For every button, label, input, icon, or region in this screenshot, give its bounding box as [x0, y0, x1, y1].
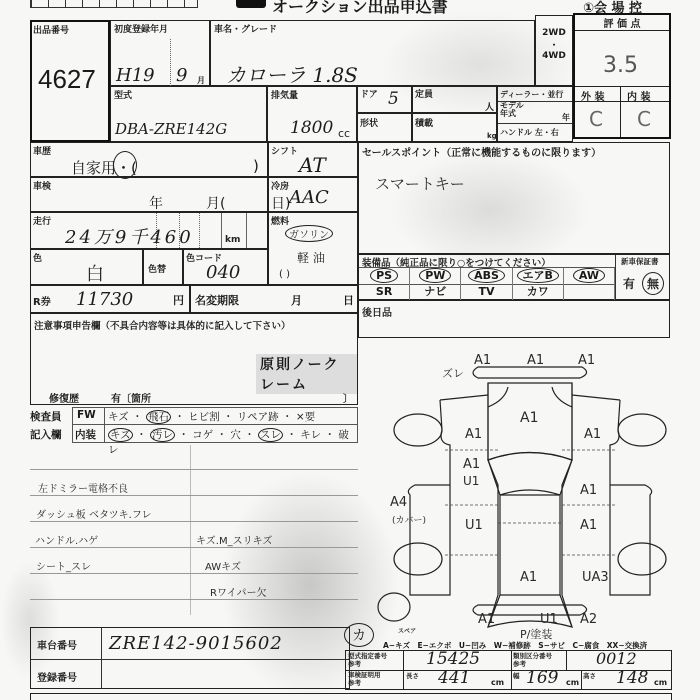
name-change-box: 名変期限 月 日 [190, 285, 358, 313]
header-title: オークション出品申込書 [272, 0, 448, 17]
repair-value: 有〔箇所 [111, 390, 151, 405]
load-box: 積載 kg [412, 113, 497, 142]
warranty-no[interactable]: 無 [642, 272, 664, 295]
handle-label: ハンドル 左・右 [500, 127, 559, 138]
equipment-item-pw[interactable]: PW [410, 268, 461, 284]
spare-label: スペア [398, 626, 416, 635]
first-reg-label: 初度登録年月 [114, 22, 168, 35]
recycle-box: R券 11730 円 [30, 285, 190, 313]
warranty-yes: 有 [623, 275, 635, 292]
equipment-item-ナビ[interactable]: ナビ [410, 284, 461, 300]
score-box: 評 価 点 3.5 外 装 内 装 C C [573, 13, 671, 139]
ac-value: AAC [289, 187, 329, 208]
first-reg-month-unit: 月 [197, 75, 205, 86]
color-change-label: 色替 [148, 262, 166, 275]
no-claim-stamp: 原則ノークレーム [256, 354, 357, 394]
sales-points-label: セールスポイント（正常に機能するものに限ります） [362, 144, 601, 159]
inspector-item[interactable]: リペア跡 [237, 411, 279, 423]
remark-left-1: 左ドミラー電格不良 [38, 480, 128, 495]
exterior-grade: C [589, 107, 603, 131]
doors-value: 5 [388, 89, 399, 109]
inspector-item[interactable]: キレ [300, 429, 321, 441]
drive-2wd: 2WD [536, 28, 572, 38]
load-unit: kg [487, 132, 497, 140]
displacement-box: 排気量 1800 cc [267, 86, 357, 142]
aftermarket-box: 後日品 [358, 300, 670, 338]
lot-box: 出品番号 4627 [30, 20, 110, 142]
shift-value: AT [299, 153, 326, 177]
equipment-row-2: SRナビTVカワ [359, 284, 615, 300]
bottom-box [30, 693, 672, 700]
first-reg-year: H19 [116, 65, 155, 86]
car-name-label: 車名・グレード [214, 22, 277, 35]
equipment-item-カワ[interactable]: カワ [513, 284, 564, 300]
doors-box: ドア 5 [357, 86, 412, 113]
mileage-box: 走行 24万9千460 km [30, 212, 268, 249]
capacity-unit: 人 [485, 100, 494, 113]
history-box: 車歴 自家用・( ) [30, 142, 268, 177]
history-label: 車歴 [33, 144, 51, 157]
drive-box: 2WD ・ 4WD [535, 15, 573, 86]
remark-right-3: Rワイパー欠 [210, 584, 266, 599]
history-circle [113, 151, 137, 179]
notes-label: 注意事項申告欄（不具合内容等は具体的に記入して下さい） [34, 318, 291, 332]
sales-points-value: スマートキー [375, 173, 465, 194]
remarks-area: 左ドミラー電格不良 ダッシュ板 ベタツキ.フレ ハンドル.ハゲ シート_スレ キ… [30, 445, 358, 615]
warranty-label: 新車保証書 [621, 256, 659, 267]
fuel-value: ガソリン [285, 225, 333, 242]
remark-left-2: ダッシュ板 ベタツキ.フレ [36, 506, 151, 521]
repair-label: 修復歴 [49, 390, 79, 405]
equipment-box: 装備品（純正品に限り○をつけてください） 新車保証書 PSPWABSエアBAW … [358, 254, 670, 300]
remark-left-4: シート_スレ [36, 558, 91, 573]
drive-4wd: 4WD [536, 51, 572, 61]
recycle-label: R券 [33, 293, 51, 308]
score-label: 評 価 点 [575, 15, 669, 31]
interior-label-row: 内装 [75, 427, 96, 442]
recycle-unit: 円 [173, 292, 184, 308]
capacity-label: 定員 [415, 87, 433, 100]
shift-box: シフト AT [268, 142, 358, 177]
spec-table: 型式指定番号 参考 15425 類別区分番号 参考 0012 車検証明用 参考 … [345, 650, 672, 690]
car-name-box: 車名・グレード カローラ 1.8S [210, 20, 535, 86]
color-code-value: 040 [206, 262, 240, 283]
chassis-box: 車台番号 ZRE142-9015602 登録番号 [30, 627, 350, 689]
model-code-value: DBA-ZRE142G [115, 120, 227, 138]
equipment-item-sr[interactable]: SR [359, 284, 410, 300]
inspection-box: 車検 年 月( 日) [30, 177, 268, 212]
equipment-row-1: PSPWABSエアBAW [359, 268, 615, 284]
inspector-item[interactable]: スレ [258, 428, 283, 442]
first-reg-box: 初度登録年月 H19 9 月 [110, 20, 210, 86]
exterior-label: 外 装 [581, 88, 604, 103]
color-code-box: 色コード 040 [183, 249, 268, 285]
length-value: 441 [438, 668, 470, 688]
remark-left-3: ハンドル.ハゲ [35, 532, 98, 547]
height-value: 148 [616, 668, 648, 688]
displacement-unit: cc [338, 127, 350, 140]
dimensions-label: 車検証明用 参考 [348, 671, 381, 687]
fuel-label: 燃料 [271, 214, 289, 227]
model-year-label: モデル年式 [500, 102, 530, 118]
name-change-label: 名変期限 [195, 292, 239, 308]
body-shape-label: 形状 [360, 116, 378, 129]
remark-right-1: キズ.M_スリキズ [196, 532, 272, 547]
shift-label: シフト [271, 144, 298, 157]
lot-label: 出品番号 [33, 23, 69, 36]
color-box: 色 白 [30, 249, 143, 285]
interior-grade: C [637, 107, 651, 131]
fw-items: キズ ・ 飛石 ・ ヒビ割 ・ リペア跡 ・ ×要 [108, 409, 315, 424]
chassis-label: 車台番号 [37, 637, 77, 652]
load-label: 積載 [415, 116, 433, 129]
registration-label: 登録番号 [37, 669, 77, 684]
type-designation-value: 15425 [426, 649, 480, 669]
header-grid [30, 0, 198, 8]
color-change-box: 色替 [143, 249, 183, 285]
equipment-item-aw[interactable]: AW [564, 268, 615, 284]
car-damage-diagram [360, 345, 700, 640]
mileage-unit: km [225, 235, 240, 245]
inspector-item[interactable]: キズ [108, 428, 133, 442]
recycle-value: 11730 [76, 289, 133, 310]
color-value: 白 [86, 260, 104, 286]
model-code-box: 型式 DBA-ZRE142G [110, 86, 267, 142]
equipment-item-[interactable] [564, 284, 615, 300]
width-value: 169 [526, 668, 558, 688]
equipment-item-エアb[interactable]: エアB [513, 268, 564, 284]
model-year-unit: 年 [562, 112, 570, 123]
first-reg-month: 9 [176, 65, 187, 86]
inspector-item[interactable]: ヒビ割 [188, 411, 220, 423]
interior-label: 内 装 [627, 88, 650, 103]
class-label: 類別区分番号 参考 [513, 652, 552, 668]
inspector-item[interactable]: 飛石 [146, 410, 171, 424]
mileage-value: 24万9千460 [65, 223, 194, 249]
ac-label: 冷房 [271, 179, 289, 192]
color-label: 色 [33, 251, 42, 264]
equipment-item-tv[interactable]: TV [461, 284, 512, 300]
car-name-value: カローラ 1.8S [226, 59, 358, 88]
type-designation-label: 型式指定番号 参考 [348, 652, 387, 668]
dealer-label: ディーラー・並行 [500, 89, 563, 100]
notes-box: 注意事項申告欄（不具合内容等は具体的に記入して下さい） 原則ノークレーム 修復歴… [30, 313, 358, 405]
doors-label: ドア [360, 87, 378, 100]
model-code-label: 型式 [114, 88, 132, 101]
inspector-item[interactable]: 汚レ [150, 428, 175, 442]
fw-label: FW [77, 409, 96, 421]
fuel-box: 燃料 ガソリン 軽 油 ( ) [268, 212, 358, 285]
inspector-item[interactable]: キズ [108, 411, 129, 423]
aftermarket-label: 後日品 [362, 304, 392, 319]
equipment-item-ps[interactable]: PS [359, 268, 410, 284]
capacity-box: 定員 人 [412, 86, 497, 113]
inspector-item[interactable]: コゲ [192, 429, 213, 441]
header-logo [236, 0, 266, 8]
ac-box: 冷房 AAC [268, 177, 358, 212]
class-value: 0012 [596, 649, 637, 668]
inspector-item[interactable]: ×要 [296, 411, 315, 423]
equipment-item-abs[interactable]: ABS [461, 268, 512, 284]
lot-number: 4627 [38, 64, 96, 95]
chassis-value: ZRE142-9015602 [109, 633, 283, 654]
mileage-label: 走行 [33, 214, 51, 227]
inspector-table: 検査員 記入欄 FW 内装 キズ ・ 飛石 ・ ヒビ割 ・ リペア跡 ・ ×要 … [28, 407, 358, 443]
displacement-label: 排気量 [271, 88, 298, 101]
inspector-item[interactable]: 穴 [230, 429, 241, 441]
sales-points-box: セールスポイント（正常に機能するものに限ります） スマートキー [358, 142, 670, 254]
score-value: 3.5 [603, 53, 638, 78]
displacement-value: 1800 [290, 118, 333, 138]
body-shape-box: 形状 [357, 113, 412, 142]
dealer-box: ディーラー・並行 モデル年式 年 ハンドル 左・右 [497, 86, 573, 142]
remark-right-2: AWキズ [205, 558, 241, 573]
inspection-label: 車検 [33, 179, 51, 192]
